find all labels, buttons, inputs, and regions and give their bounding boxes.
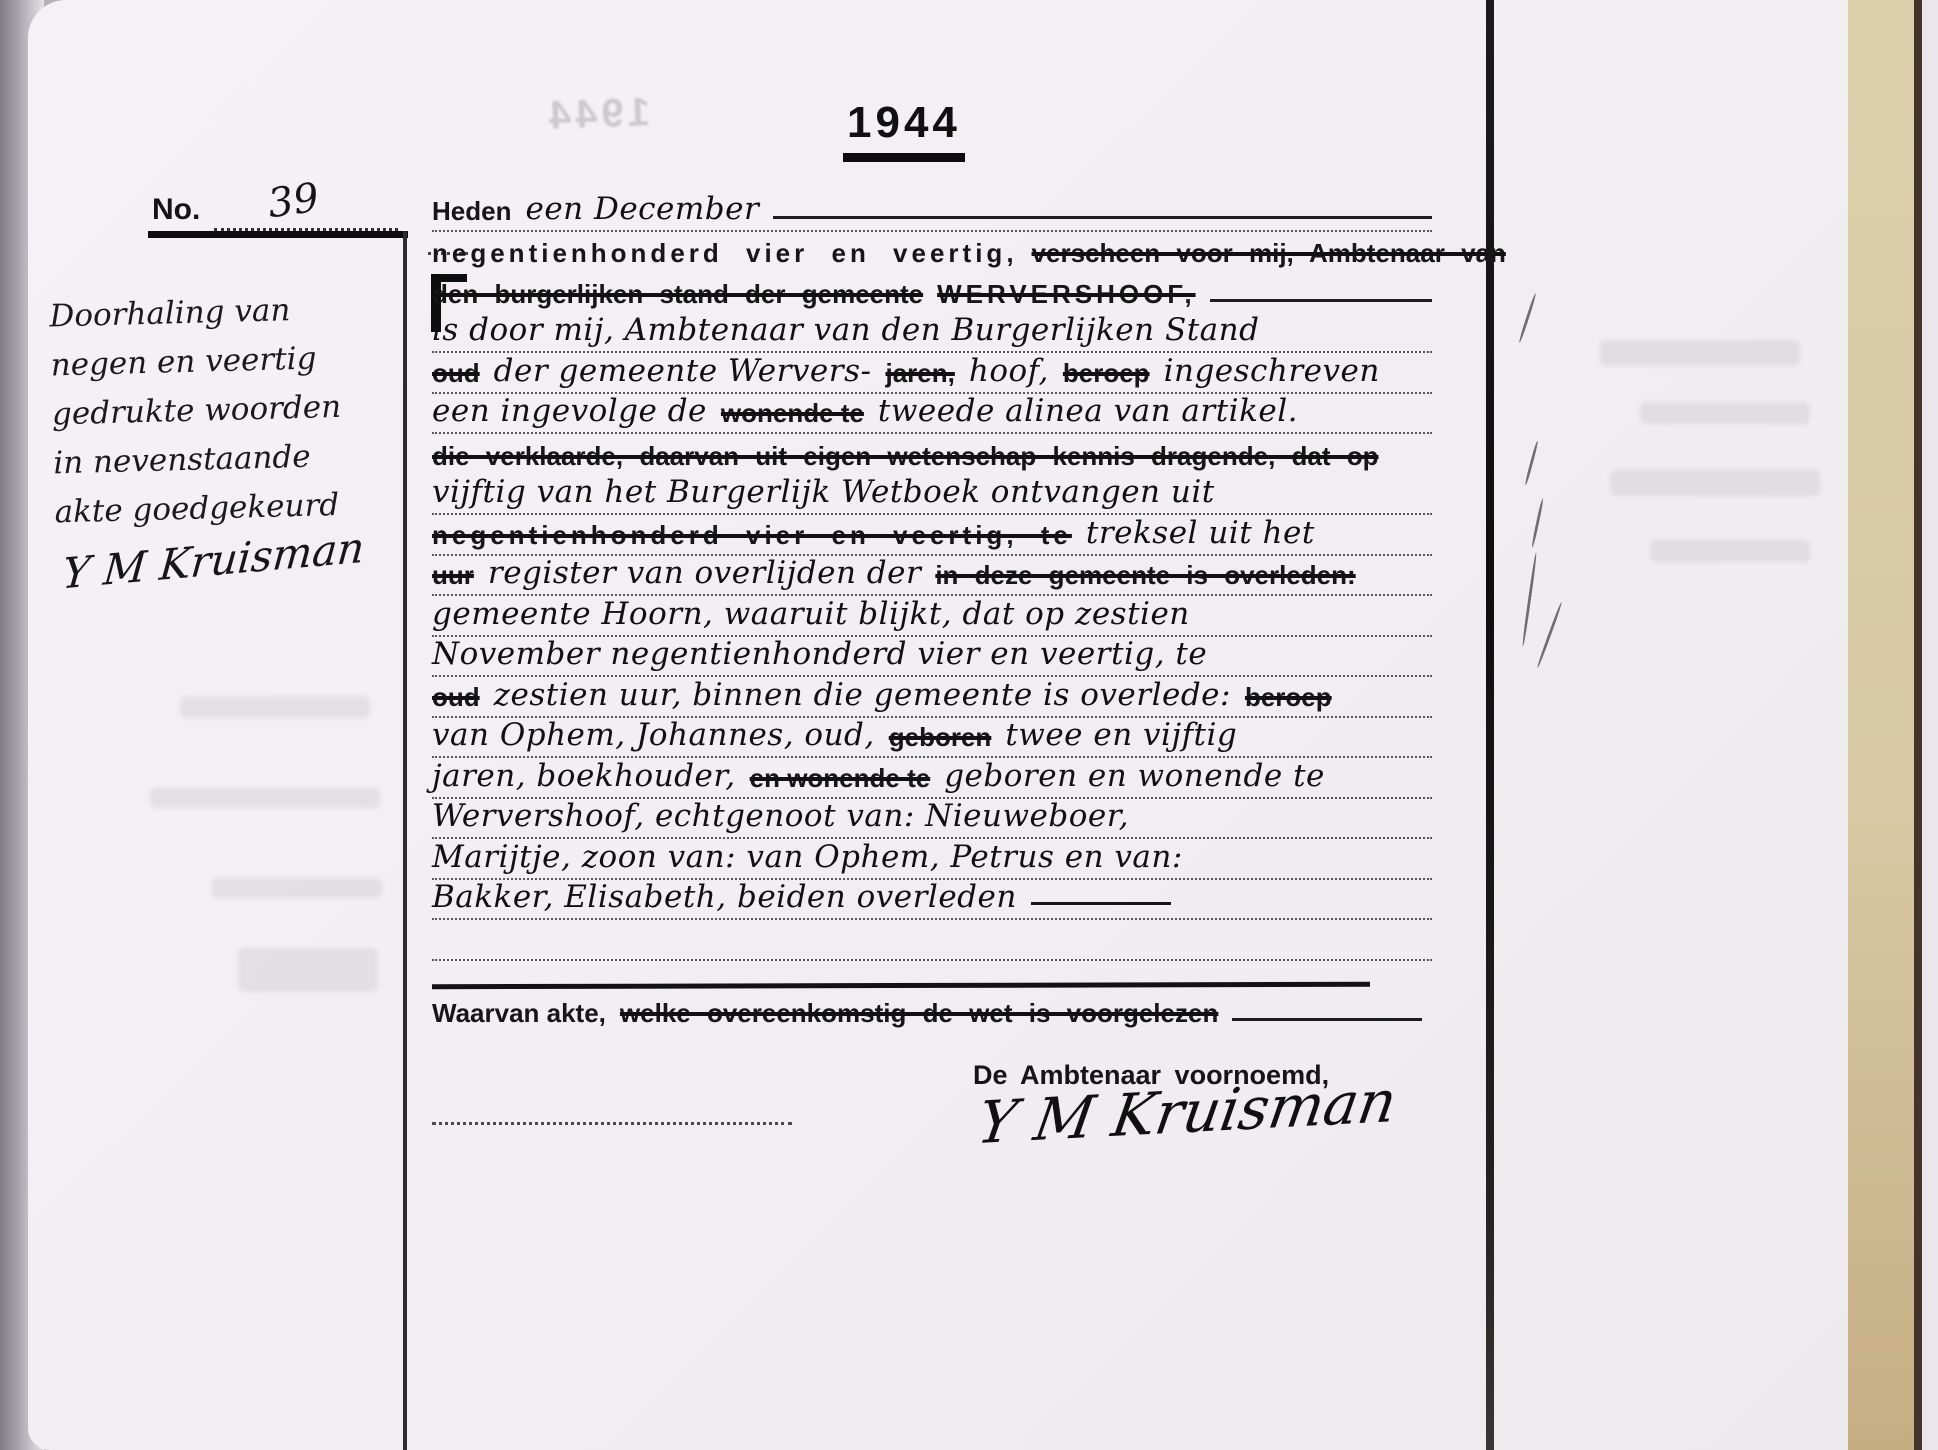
margin-note-line: negen en veertig — [50, 333, 391, 391]
text-segment: in deze gemeente is overleden: — [935, 560, 1355, 591]
text-segment: verscheen voor mij, Ambtenaar van — [1032, 238, 1506, 269]
show-through-smudge — [238, 948, 378, 992]
book-gutter-fold — [1486, 0, 1494, 1450]
text-segment: twee en vijftig — [1005, 717, 1237, 753]
rule-segment — [1210, 299, 1432, 302]
text-segment: oud — [432, 682, 480, 713]
text-segment: uur — [432, 560, 474, 591]
number-underline-rule — [148, 231, 408, 238]
text-segment: den burgerlijken stand der gemeente — [432, 279, 923, 310]
text-segment: oud — [432, 358, 480, 389]
form-line: vijftig van het Burgerlijk Wetboek ontva… — [432, 475, 1432, 516]
form-line: negentienhonderd vier en veertig, tetrek… — [432, 515, 1432, 556]
form-line: die verklaarde, daarvan uit eigen wetens… — [432, 434, 1432, 475]
closing-statement-struck: welke overeenkomstig de wet is voorgelez… — [620, 998, 1218, 1029]
text-segment: geboren en wonende te — [944, 758, 1325, 794]
ghost-year-show-through: 1944 — [544, 90, 650, 139]
rule-segment — [773, 216, 1432, 219]
show-through-smudge — [1650, 540, 1810, 562]
text-segment: Bakker, Elisabeth, beiden overleden — [432, 879, 1017, 915]
text-segment: ingeschreven — [1164, 353, 1380, 389]
show-through-smudge — [212, 878, 382, 898]
form-line: negentienhonderd vier en veertig,versche… — [432, 232, 1432, 273]
form-line: is door mij, Ambtenaar van den Burgerlij… — [432, 313, 1432, 354]
page-title-year: 1944 — [843, 98, 965, 162]
text-segment: een December — [525, 191, 759, 227]
show-through-smudge — [1600, 340, 1800, 366]
text-segment: negentienhonderd vier en veertig, — [432, 238, 1018, 269]
form-line: den burgerlijken stand der gemeenteWERVE… — [432, 272, 1432, 313]
bottom-dotted-line — [432, 1122, 792, 1125]
form-line — [432, 920, 1432, 961]
text-segment: jaren, — [885, 358, 954, 389]
form-line: Marijtje, zoon van: van Ophem, Petrus en… — [432, 839, 1432, 880]
text-segment: tweede alinea van artikel. — [878, 393, 1298, 429]
next-page-edge-shadow — [1914, 0, 1922, 1450]
text-segment: geboren — [889, 722, 992, 753]
text-segment: beroep — [1245, 682, 1332, 713]
text-segment: beroep — [1063, 358, 1150, 389]
text-segment: negentienhonderd vier en veertig, te — [432, 520, 1072, 551]
text-segment: is door mij, Ambtenaar van den Burgerlij… — [432, 312, 1259, 348]
form-line: November negentienhonderd vier en veerti… — [432, 637, 1432, 678]
next-page-edge — [1848, 0, 1914, 1450]
show-through-smudge — [1640, 402, 1810, 424]
closing-trail-line — [1232, 1018, 1422, 1021]
text-segment: register van overlijden der — [488, 555, 921, 591]
form-line: uurregister van overlijden derin deze ge… — [432, 556, 1432, 597]
text-segment: een ingevolge de — [432, 393, 707, 429]
act-body: Hedeneen Decembernegentienhonderd vier e… — [432, 191, 1432, 961]
text-segment: en wonende te — [750, 763, 931, 794]
text-segment: van Ophem, Johannes, oud, — [432, 717, 875, 753]
text-segment: Wervershoof, echtgenoot van: Nieuweboer, — [432, 798, 1129, 834]
form-line: oudzestien uur, binnen die gemeente is o… — [432, 677, 1432, 718]
form-line: Bakker, Elisabeth, beiden overleden — [432, 880, 1432, 921]
text-segment: zestien uur, binnen die gemeente is over… — [494, 677, 1231, 713]
margin-note-line: Doorhaling van — [49, 284, 390, 342]
form-line: een ingevolge dewonende tetweede alinea … — [432, 394, 1432, 435]
text-segment: WERVERSHOOF, — [937, 279, 1195, 310]
text-segment: November negentienhonderd vier en veerti… — [432, 636, 1207, 672]
form-line: Hedeneen December — [432, 191, 1432, 232]
record-number-label: No. — [152, 193, 200, 227]
form-line: jaren, boekhouder,en wonende tegeboren e… — [432, 758, 1432, 799]
margin-note-line: gedrukte woorden — [51, 382, 392, 440]
margin-separator-rule — [403, 231, 407, 1450]
form-line: gemeente Hoorn, waaruit blijkt, dat op z… — [432, 596, 1432, 637]
text-segment: vijftig van het Burgerlijk Wetboek ontva… — [432, 474, 1215, 510]
text-segment: der gemeente Wervers- — [494, 353, 872, 389]
text-segment: gemeente Hoorn, waaruit blijkt, dat op z… — [432, 596, 1190, 632]
text-segment: wonende te — [721, 398, 864, 429]
text-segment: Heden — [432, 196, 511, 227]
rule-segment — [1031, 902, 1171, 905]
scanned-register-page: 1944 1944 No. 39 Doorhaling vannegen en … — [0, 0, 1938, 1450]
form-line: oudder gemeente Wervers-jaren,hoof,beroe… — [432, 353, 1432, 394]
form-line: van Ophem, Johannes, oud,geborentwee en … — [432, 718, 1432, 759]
margin-annotation: Doorhaling vannegen en veertiggedrukte w… — [49, 284, 395, 538]
form-line: Wervershoof, echtgenoot van: Nieuweboer, — [432, 799, 1432, 840]
text-segment: jaren, boekhouder, — [432, 758, 736, 794]
text-segment: die verklaarde, daarvan uit eigen wetens… — [432, 441, 1379, 472]
text-segment: treksel uit het — [1086, 515, 1315, 551]
text-segment: Marijtje, zoon van: van Ophem, Petrus en… — [432, 839, 1183, 875]
closing-statement-label: Waarvan akte, — [432, 998, 606, 1029]
show-through-smudge — [150, 788, 380, 808]
margin-note-line: in nevenstaande — [53, 431, 394, 489]
show-through-smudge — [1610, 470, 1820, 496]
closing-statement-line: Waarvan akte, welke overeenkomstig de we… — [432, 998, 1422, 1029]
show-through-smudge — [180, 696, 370, 718]
record-number-value: 39 — [265, 175, 322, 228]
text-segment: hoof, — [969, 353, 1049, 389]
page-beyond-edge — [1922, 0, 1938, 1450]
